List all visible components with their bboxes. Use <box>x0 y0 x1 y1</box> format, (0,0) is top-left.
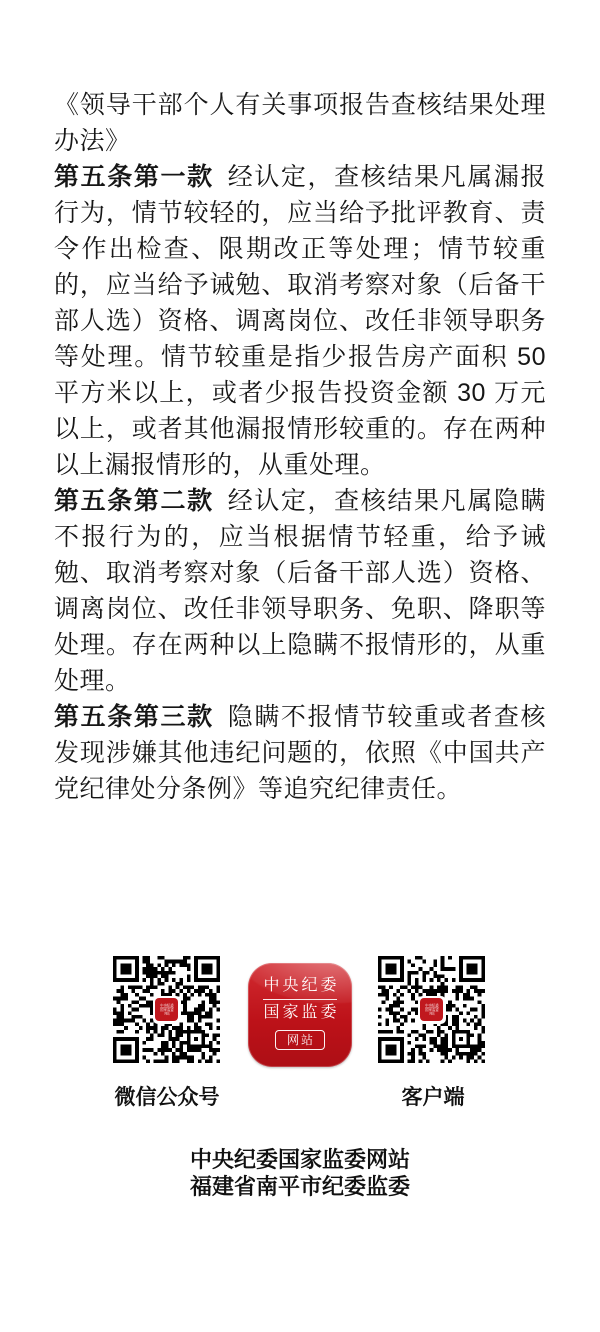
client-qr-image <box>378 956 485 1063</box>
clause-text: 经认定，查核结果凡属隐瞒不报行为的，应当根据情节轻重，给予诫勉、取消考察对象（后… <box>54 487 546 695</box>
ccdi-seal-text: 中央纪委 国家监委 网站 <box>160 1003 174 1016</box>
clause-label: 第五条第二款 <box>54 487 214 515</box>
wechat-account-label: 微信公众号 <box>115 1087 220 1109</box>
clause-text: 经认定，查核结果凡属漏报行为，情节较轻的，应当给予批评教育、责令作出检查、限期改… <box>54 163 546 479</box>
footer-org-name: 福建省南平市纪委监委 <box>0 1173 600 1200</box>
ccdi-app-icon: 中央纪委 国家监委 网站 <box>248 963 352 1067</box>
article-body: 《领导干部个人有关事项报告查核结果处理办法》 第五条第一款经认定，查核结果凡属漏… <box>54 87 546 807</box>
client-qr-code: 中央纪委 国家监委 网站 <box>378 956 485 1063</box>
client-app-label: 客户端 <box>402 1087 465 1109</box>
seal-line2: 国家监委 <box>425 1007 439 1012</box>
footer: 中央纪委国家监委网站 福建省南平市纪委监委 <box>0 1146 600 1200</box>
ccdi-seal-logo: 中央纪委 国家监委 网站 <box>418 996 446 1024</box>
clause-label: 第五条第三款 <box>54 703 214 731</box>
app-icon-divider <box>263 999 337 1000</box>
ccdi-seal-red-square: 中央纪委 国家监委 网站 <box>420 998 443 1021</box>
footer-site-name: 中央纪委国家监委网站 <box>0 1146 600 1173</box>
article-paragraph: 第五条第一款经认定，查核结果凡属漏报行为，情节较轻的，应当给予批评教育、责令作出… <box>54 159 546 483</box>
ccdi-seal-text: 中央纪委 国家监委 网站 <box>425 1003 439 1016</box>
seal-line3: 网站 <box>160 1012 174 1016</box>
seal-line1: 中央纪委 <box>160 1003 174 1007</box>
wechat-qr-image <box>113 956 220 1063</box>
article-paragraph: 第五条第三款隐瞒不报情节较重或者查核发现涉嫌其他违纪问题的，依照《中国共产党纪律… <box>54 699 546 807</box>
ccdi-seal-logo: 中央纪委 国家监委 网站 <box>153 996 181 1024</box>
seal-line1: 中央纪委 <box>425 1003 439 1007</box>
clause-label: 第五条第一款 <box>54 163 214 191</box>
article-paragraph: 第五条第二款经认定，查核结果凡属隐瞒不报行为的，应当根据情节轻重，给予诫勉、取消… <box>54 483 546 699</box>
article-title-line: 《领导干部个人有关事项报告查核结果处理办法》 <box>54 87 546 159</box>
app-icon-badge: 网站 <box>275 1030 325 1050</box>
app-icon-line1: 中央纪委 <box>260 977 339 995</box>
app-icon-line2: 国家监委 <box>260 1004 339 1022</box>
article-page: 《领导干部个人有关事项报告查核结果处理办法》 第五条第一款经认定，查核结果凡属漏… <box>0 0 600 1332</box>
seal-line2: 国家监委 <box>160 1007 174 1012</box>
article-title: 《领导干部个人有关事项报告查核结果处理办法》 <box>54 91 546 155</box>
wechat-qr-code: 中央纪委 国家监委 网站 <box>113 956 220 1063</box>
seal-line3: 网站 <box>425 1012 439 1016</box>
ccdi-seal-red-square: 中央纪委 国家监委 网站 <box>155 998 178 1021</box>
